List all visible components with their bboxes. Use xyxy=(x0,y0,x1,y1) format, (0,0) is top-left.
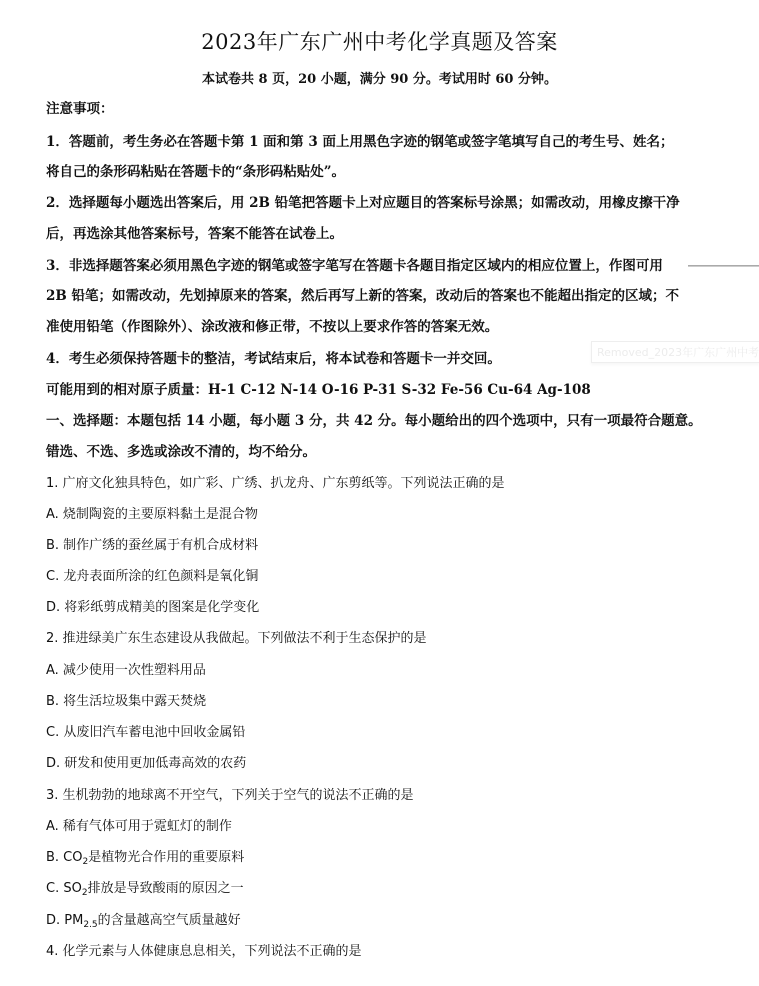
option-prefix: C. SO xyxy=(46,881,82,896)
notice-heading: 注意事项： xyxy=(46,99,114,119)
option-text: 的含量越高空气质量越好 xyxy=(98,913,241,928)
option: D. 研发和使用更加低毒高效的农药 xyxy=(46,754,246,774)
notice-line: 4．考生必须保持答题卡的整洁，考试结束后，将本试卷和答题卡一并交回。 xyxy=(46,349,501,369)
option: C. 从废旧汽车蓄电池中回收金属铅 xyxy=(46,723,245,743)
option-prefix: B. CO xyxy=(46,850,83,865)
notice-line: 将自己的条形码粘贴在答题卡的“条形码粘贴处”。 xyxy=(46,162,345,182)
question-stem: 3. 生机勃勃的地球离不开空气，下列关于空气的说法不正确的是 xyxy=(46,786,414,806)
watermark: Removed_2023年广东广州中考 xyxy=(591,341,759,363)
notice-line: 3．非选择题答案必须用黑色字迹的钢笔或签字笔写在答题卡各题目指定区域内的相应位置… xyxy=(46,256,663,276)
option: B. CO2是植物光合作用的重要原料 xyxy=(46,848,244,872)
question-stem: 2. 推进绿美广东生态建设从我做起。下列做法不利于生态保护的是 xyxy=(46,629,427,649)
notice-line: 2B 铅笔；如需改动，先划掉原来的答案，然后再写上新的答案，改动后的答案也不能超… xyxy=(46,286,679,306)
option: A. 稀有气体可用于霓虹灯的制作 xyxy=(46,817,232,837)
option: D. PM2.5的含量越高空气质量越好 xyxy=(46,911,241,935)
option: C. SO2排放是导致酸雨的原因之一 xyxy=(46,879,244,903)
atomic-masses: 可能用到的相对原子质量：H-1 C-12 N-14 O-16 P-31 S-32… xyxy=(46,380,591,400)
option: C. 龙舟表面所涂的红色颜料是氧化铜 xyxy=(46,567,258,587)
option: D. 将彩纸剪成精美的图案是化学变化 xyxy=(46,598,259,618)
divider-line xyxy=(688,265,759,267)
question-stem: 4. 化学元素与人体健康息息相关，下列说法不正确的是 xyxy=(46,942,362,962)
option: B. 将生活垃圾集中露天焚烧 xyxy=(46,692,206,712)
document-title: 2023年广东广州中考化学真题及答案 xyxy=(0,26,759,56)
notice-line: 2．选择题每小题选出答案后，用 2B 铅笔把答题卡上对应题目的答案标号涂黑；如需… xyxy=(46,193,680,213)
option: B. 制作广绣的蚕丝属于有机合成材料 xyxy=(46,536,258,556)
document-subtitle: 本试卷共 8 页，20 小题，满分 90 分。考试用时 60 分钟。 xyxy=(0,68,759,87)
option-text: 排放是导致酸雨的原因之一 xyxy=(88,881,244,896)
option: A. 减少使用一次性塑料用品 xyxy=(46,661,206,681)
option: A. 烧制陶瓷的主要原料黏土是混合物 xyxy=(46,505,258,525)
section-heading: 一、选择题：本题包括 14 小题，每小题 3 分，共 42 分。每小题给出的四个… xyxy=(46,411,702,431)
notice-line: 准使用铅笔（作图除外）、涂改液和修正带，不按以上要求作答的答案无效。 xyxy=(46,317,498,337)
notice-line: 1．答题前，考生务必在答题卡第 1 面和第 3 面上用黑色字迹的钢笔或签字笔填写… xyxy=(46,132,673,152)
notice-line: 后，再选涂其他答案标号，答案不能答在试卷上。 xyxy=(46,224,343,244)
option-text: 是植物光合作用的重要原料 xyxy=(88,850,244,865)
section-heading: 错选、不选、多选或涂改不清的，均不给分。 xyxy=(46,442,316,462)
question-stem: 1. 广府文化独具特色，如广彩、广绣、扒龙舟、广东剪纸等。下列说法正确的是 xyxy=(46,474,505,494)
subscript: 2.5 xyxy=(83,920,97,930)
option-prefix: D. PM xyxy=(46,913,83,928)
